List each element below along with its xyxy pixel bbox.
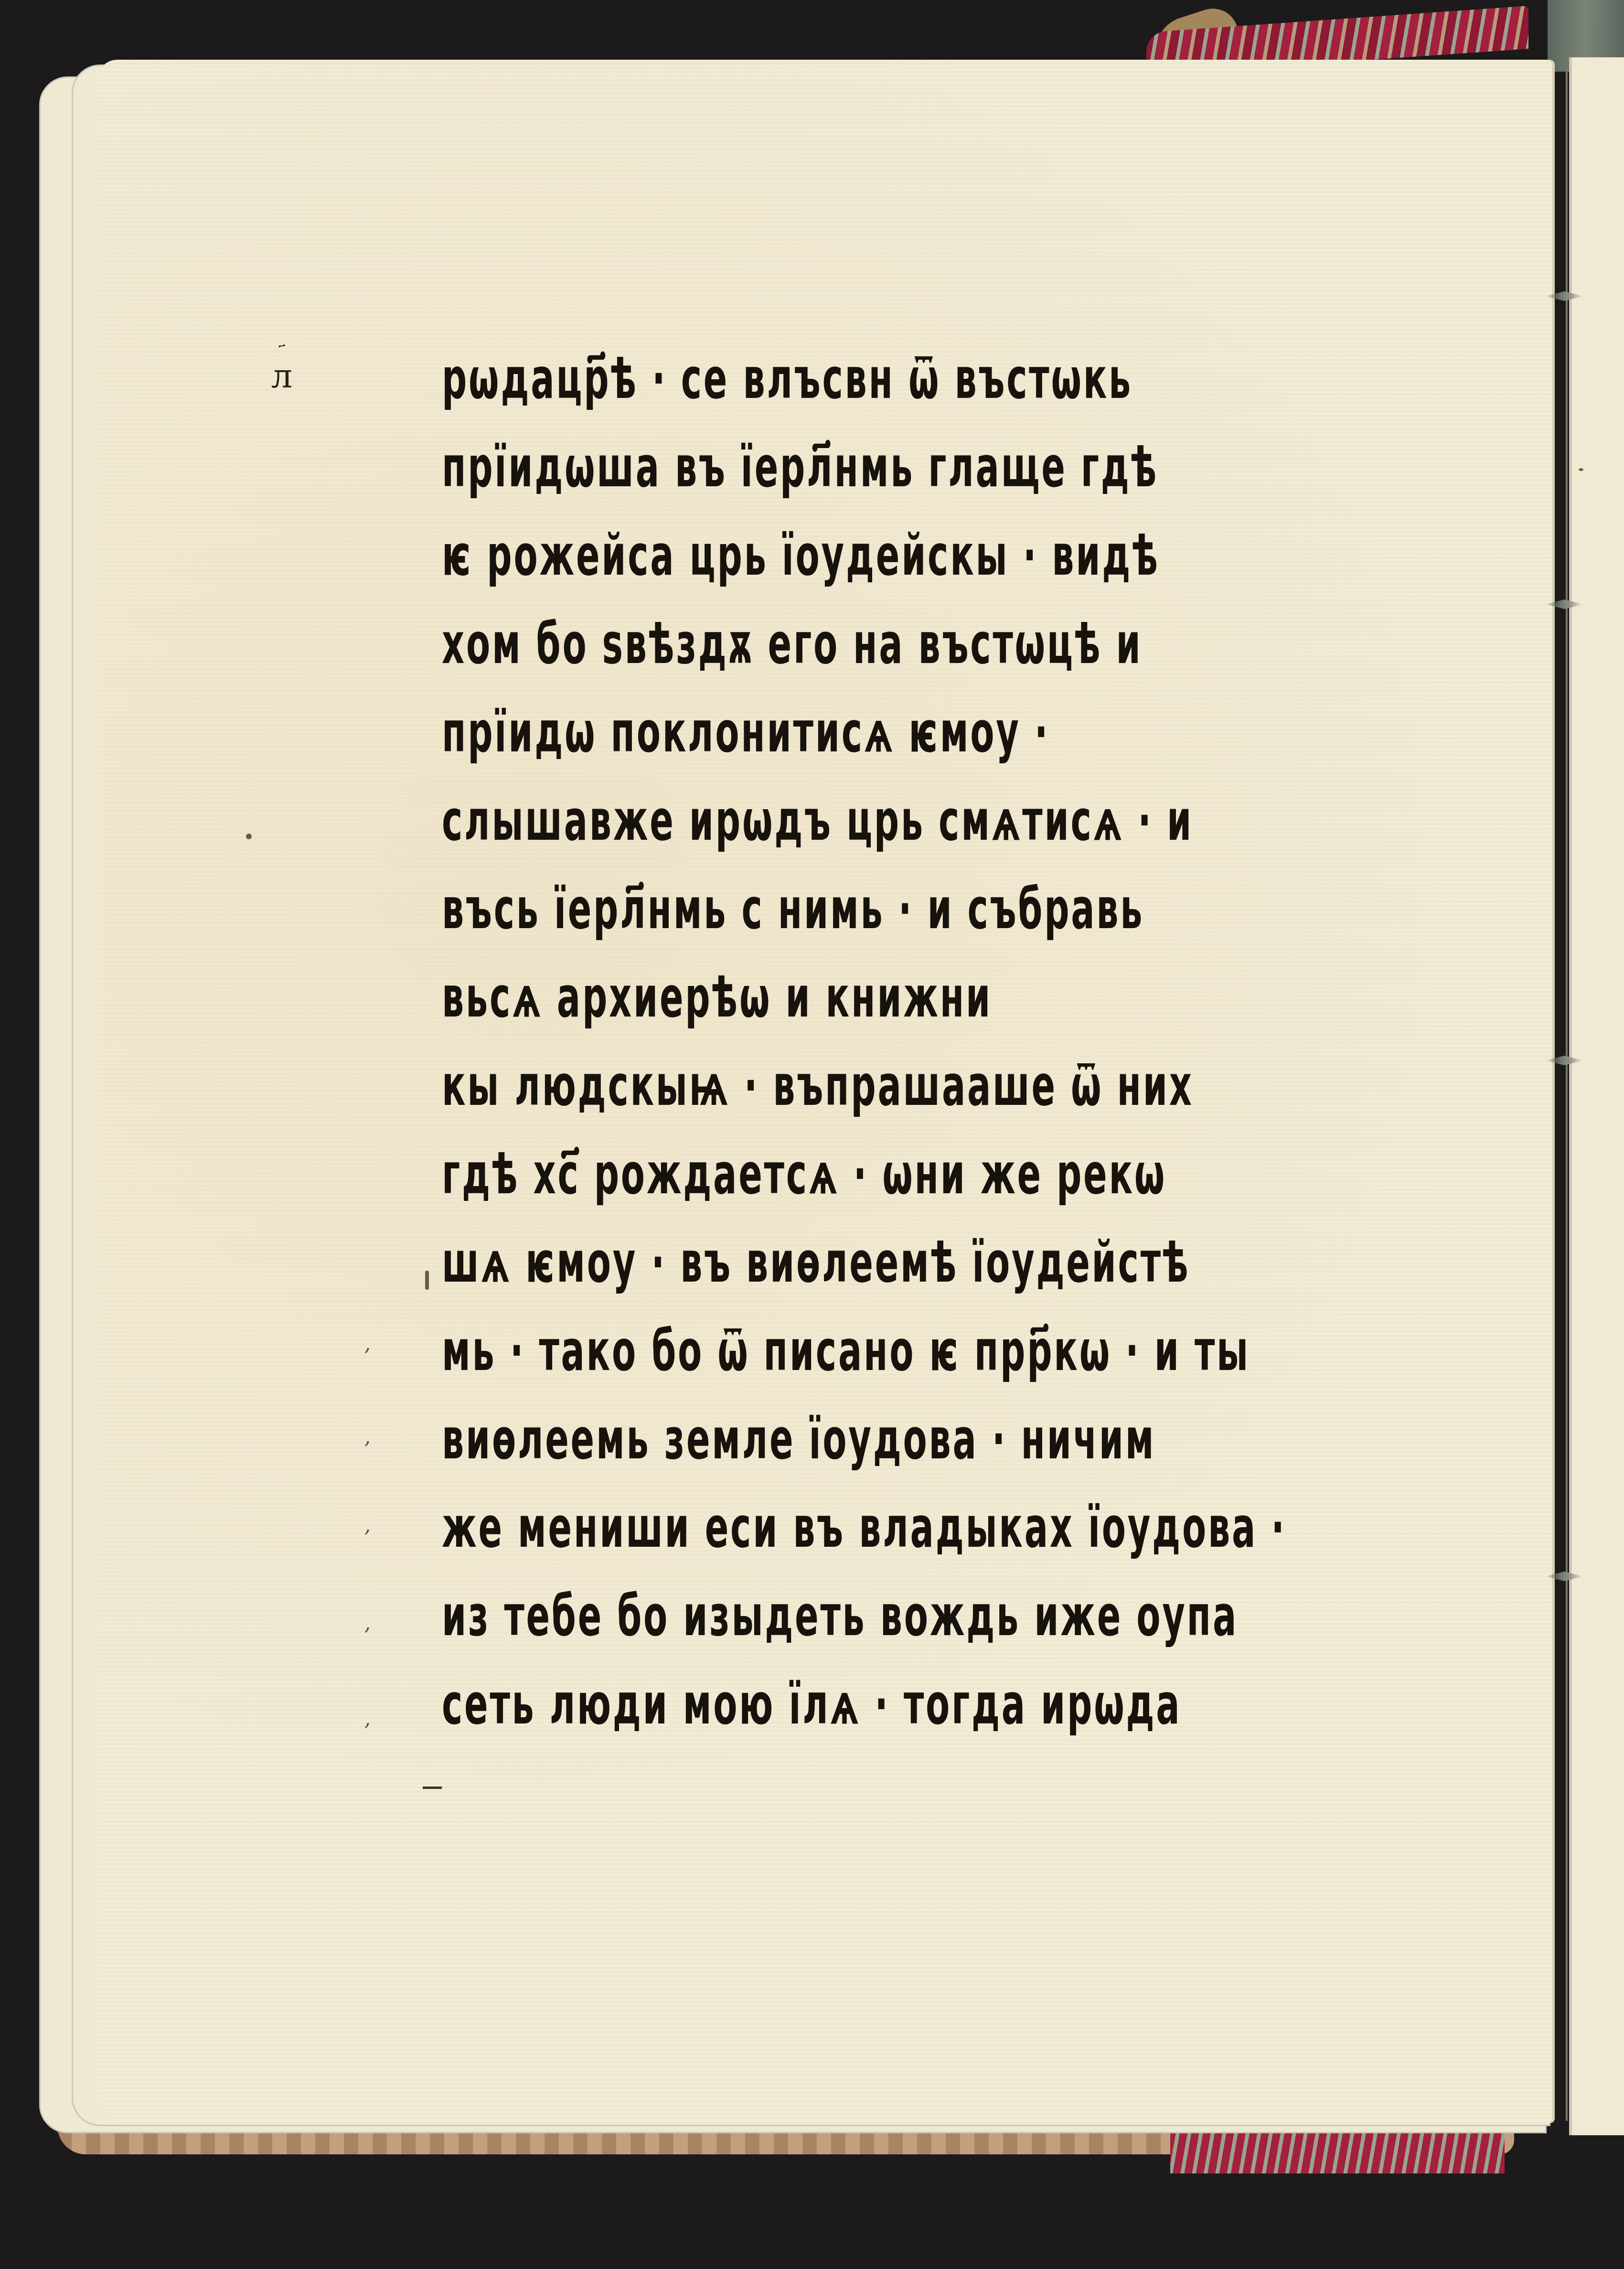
text-line-14: же мениши еси въ владыках їоудова · xyxy=(442,1483,1022,1572)
text-line-16: сеть люди мою їлѧ · тогда ирѡда xyxy=(442,1660,1022,1748)
margin-quote-mark: ʼ xyxy=(363,1624,370,1648)
text-line-15: из тебе бо изыдеть вождь иже оупа xyxy=(442,1572,1022,1660)
margin-quote-mark: ʼ xyxy=(363,1345,370,1369)
ink-speck xyxy=(1579,468,1583,471)
folio-numeral: л xyxy=(271,356,292,396)
margin-quote-mark: ʼ xyxy=(363,1438,370,1462)
text-line-2: прїидѡша въ їерл҃нмь глаще гдѣ xyxy=(442,423,1022,511)
text-line-1: рѡдацр҃ѣ · се влъсвн ѿ въстѡкь xyxy=(442,334,1022,423)
text-line-10: гдѣ хс҃ рождаетсѧ · ѡни же рекѡ xyxy=(442,1130,1022,1218)
facing-page xyxy=(1569,57,1624,2135)
gutter-fold xyxy=(1566,67,1568,2121)
text-line-3: ѥ рожейса црь їоудейскы · видѣ xyxy=(442,511,1022,599)
text-line-7: въсь їерл҃нмь с нимь · и събравь xyxy=(442,865,1022,953)
text-line-5: прїидѡ поклонитисѧ ѥмоу · xyxy=(442,688,1022,776)
folio-number: ҃ л xyxy=(267,344,296,393)
text-line-9: кы людскыѩ · въпрашааше ѿ них xyxy=(442,1041,1022,1130)
text-line-4: хом бо ѕвѣздѫ его на въстѡцѣ и xyxy=(442,599,1022,688)
text-line-11: шѧ ѥмоу · въ виѳлеемѣ їоудейстѣ xyxy=(442,1218,1022,1306)
text-block: рѡдацр҃ѣ · се влъсвн ѿ въстѡкь прїидѡша … xyxy=(442,334,1378,1748)
ink-speck xyxy=(425,1271,429,1290)
text-line-12: мь · тако бо ѿ писано ѥ прр҃кѡ · и ты xyxy=(442,1306,1022,1395)
text-line-8: вьсѧ архиерѣѡ и книжни xyxy=(442,953,1022,1041)
text-line-13: виѳлеемь земле їоудова · ничим xyxy=(442,1395,1022,1483)
ink-speck xyxy=(246,834,252,839)
line-end-dash xyxy=(423,1787,442,1789)
text-line-6: слышавже ирѡдъ црь смѧтисѧ · и xyxy=(442,776,1022,865)
margin-quote-mark: ʼ xyxy=(363,1526,370,1551)
margin-quote-mark: ʼ xyxy=(363,1720,370,1744)
